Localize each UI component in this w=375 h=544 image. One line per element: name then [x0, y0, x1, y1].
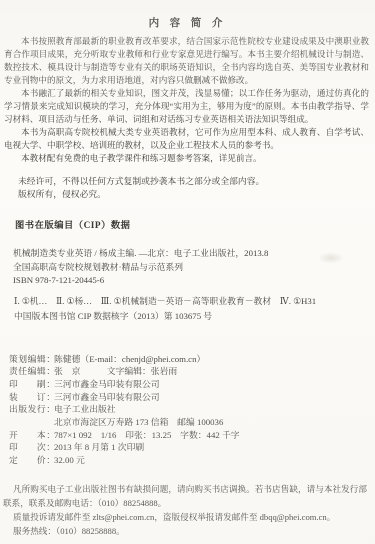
colophon-value: 张 京 文字编辑：张岩雨: [54, 366, 177, 376]
intro-paragraph: 本教材配有免费的电子教学课件和练习题参考答案，详见前言。: [4, 152, 369, 165]
colophon-value: 787×1 092 1/16 印张：13.25 字数：442 千字: [54, 430, 240, 440]
service-paragraph: 质量投诉请发邮件至 zlts@phei.com.cn，盗版侵权举报请发邮件至 d…: [3, 510, 367, 524]
colophon-row: 北京市海淀区万寿路 173 信箱 邮编 100036: [9, 416, 375, 429]
colophon-label: 开 本：: [9, 429, 54, 442]
colophon-row: 开 本：787×1 092 1/16 印张：13.25 字数：442 千字: [9, 429, 375, 442]
colophon: 策划编辑：陈健德（E-mail：chenjd@phei.com.cn） 责任编辑…: [9, 353, 375, 467]
colophon-value: 32.00 元: [54, 455, 85, 465]
copyright-notice-line: 版权所有，侵权必究。: [18, 188, 375, 201]
colophon-row: 装 订：三河市鑫金马印装有限公司: [9, 391, 375, 404]
cip-classification-block: Ⅰ. ①机… Ⅱ. ①杨… Ⅲ. ①机械制造－英语－高等职业教育－教材 Ⅳ. ①…: [14, 294, 375, 324]
colophon-label: 印 刷：: [9, 378, 54, 391]
scan-artifact: [318, 252, 344, 264]
cip-heading: 图书在版编目（CIP）数据: [15, 217, 375, 231]
copyright-notice-line: 未经许可，不得以任何方式复制或抄袭本书之部分或全部内容。: [18, 175, 375, 188]
colophon-row: 出版发行：电子工业出版社: [9, 403, 375, 416]
colophon-label: 出版发行：: [9, 403, 54, 416]
cip-series-line: 全国高职高专院校规划教材·精品与示范系列: [13, 261, 375, 275]
copyright-notice: 未经许可，不得以任何方式复制或抄袭本书之部分或全部内容。 版权所有，侵权必究。: [18, 175, 375, 201]
colophon-row: 印 刷：三河市鑫金马印装有限公司: [9, 378, 375, 391]
colophon-value: 三河市鑫金马印装有限公司: [54, 392, 160, 402]
cip-record-line: 中国版本图书馆 CIP 数据核字（2013）第 103675 号: [14, 309, 375, 324]
content-summary: 本书按照教育部最新的职业教育改革要求，结合国家示范性院校专业建设成果及中澳职业教…: [4, 35, 369, 165]
colophon-label: 印 次：: [9, 441, 54, 454]
copyright-page: 内 容 简 介 本书按照教育部最新的职业教育改革要求，结合国家示范性院校专业建设…: [0, 0, 375, 544]
colophon-value: 北京市海淀区万寿路 173 信箱 邮编 100036: [54, 417, 223, 427]
colophon-row: 责任编辑：张 京 文字编辑：张岩雨: [9, 365, 375, 378]
service-hotline: 服务热线：（010）88258888。: [3, 524, 367, 538]
intro-paragraph: 本书按照教育部最新的职业教育改革要求，结合国家示范性院校专业建设成果及中澳职业教…: [4, 35, 369, 87]
colophon-value: 陈健德（E-mail：chenjd@phei.com.cn）: [54, 354, 205, 364]
cip-isbn-line: ISBN 978-7-121-20445-6: [13, 274, 375, 288]
colophon-row: 策划编辑：陈健德（E-mail：chenjd@phei.com.cn）: [9, 353, 375, 366]
colophon-value: 三河市鑫金马印装有限公司: [54, 379, 160, 389]
cip-classification-line: Ⅰ. ①机… Ⅱ. ①杨… Ⅲ. ①机械制造－英语－高等职业教育－教材 Ⅳ. ①…: [14, 294, 375, 309]
service-paragraph: 凡所购买电子工业出版社图书有缺损问题，请向购买书店调换。若书店售缺，请与本社发行…: [3, 482, 367, 510]
intro-title: 内 容 简 介: [0, 15, 375, 30]
colophon-label: 定 价：: [9, 454, 54, 467]
colophon-label: 装 订：: [9, 391, 54, 404]
intro-paragraph: 本书融汇了最新的相关专业知识，图文并茂，浅显易懂；以工作任务为驱动，通过仿真化的…: [4, 87, 369, 126]
colophon-row: 印 次：2013 年 8 月第 1 次印刷: [9, 441, 375, 454]
colophon-value: 电子工业出版社: [54, 404, 116, 414]
service-info: 凡所购买电子工业出版社图书有缺损问题，请向购买书店调换。若书店售缺，请与本社发行…: [3, 482, 367, 538]
colophon-row: 定 价：32.00 元: [9, 454, 375, 467]
colophon-value: 2013 年 8 月第 1 次印刷: [54, 442, 144, 452]
colophon-label: 责任编辑：: [9, 365, 54, 378]
colophon-label: 策划编辑：: [9, 353, 54, 366]
intro-paragraph: 本书为高职高专院校机械大类专业英语教材，它可作为应用型本科、成人教育、自学考试、…: [4, 126, 369, 152]
